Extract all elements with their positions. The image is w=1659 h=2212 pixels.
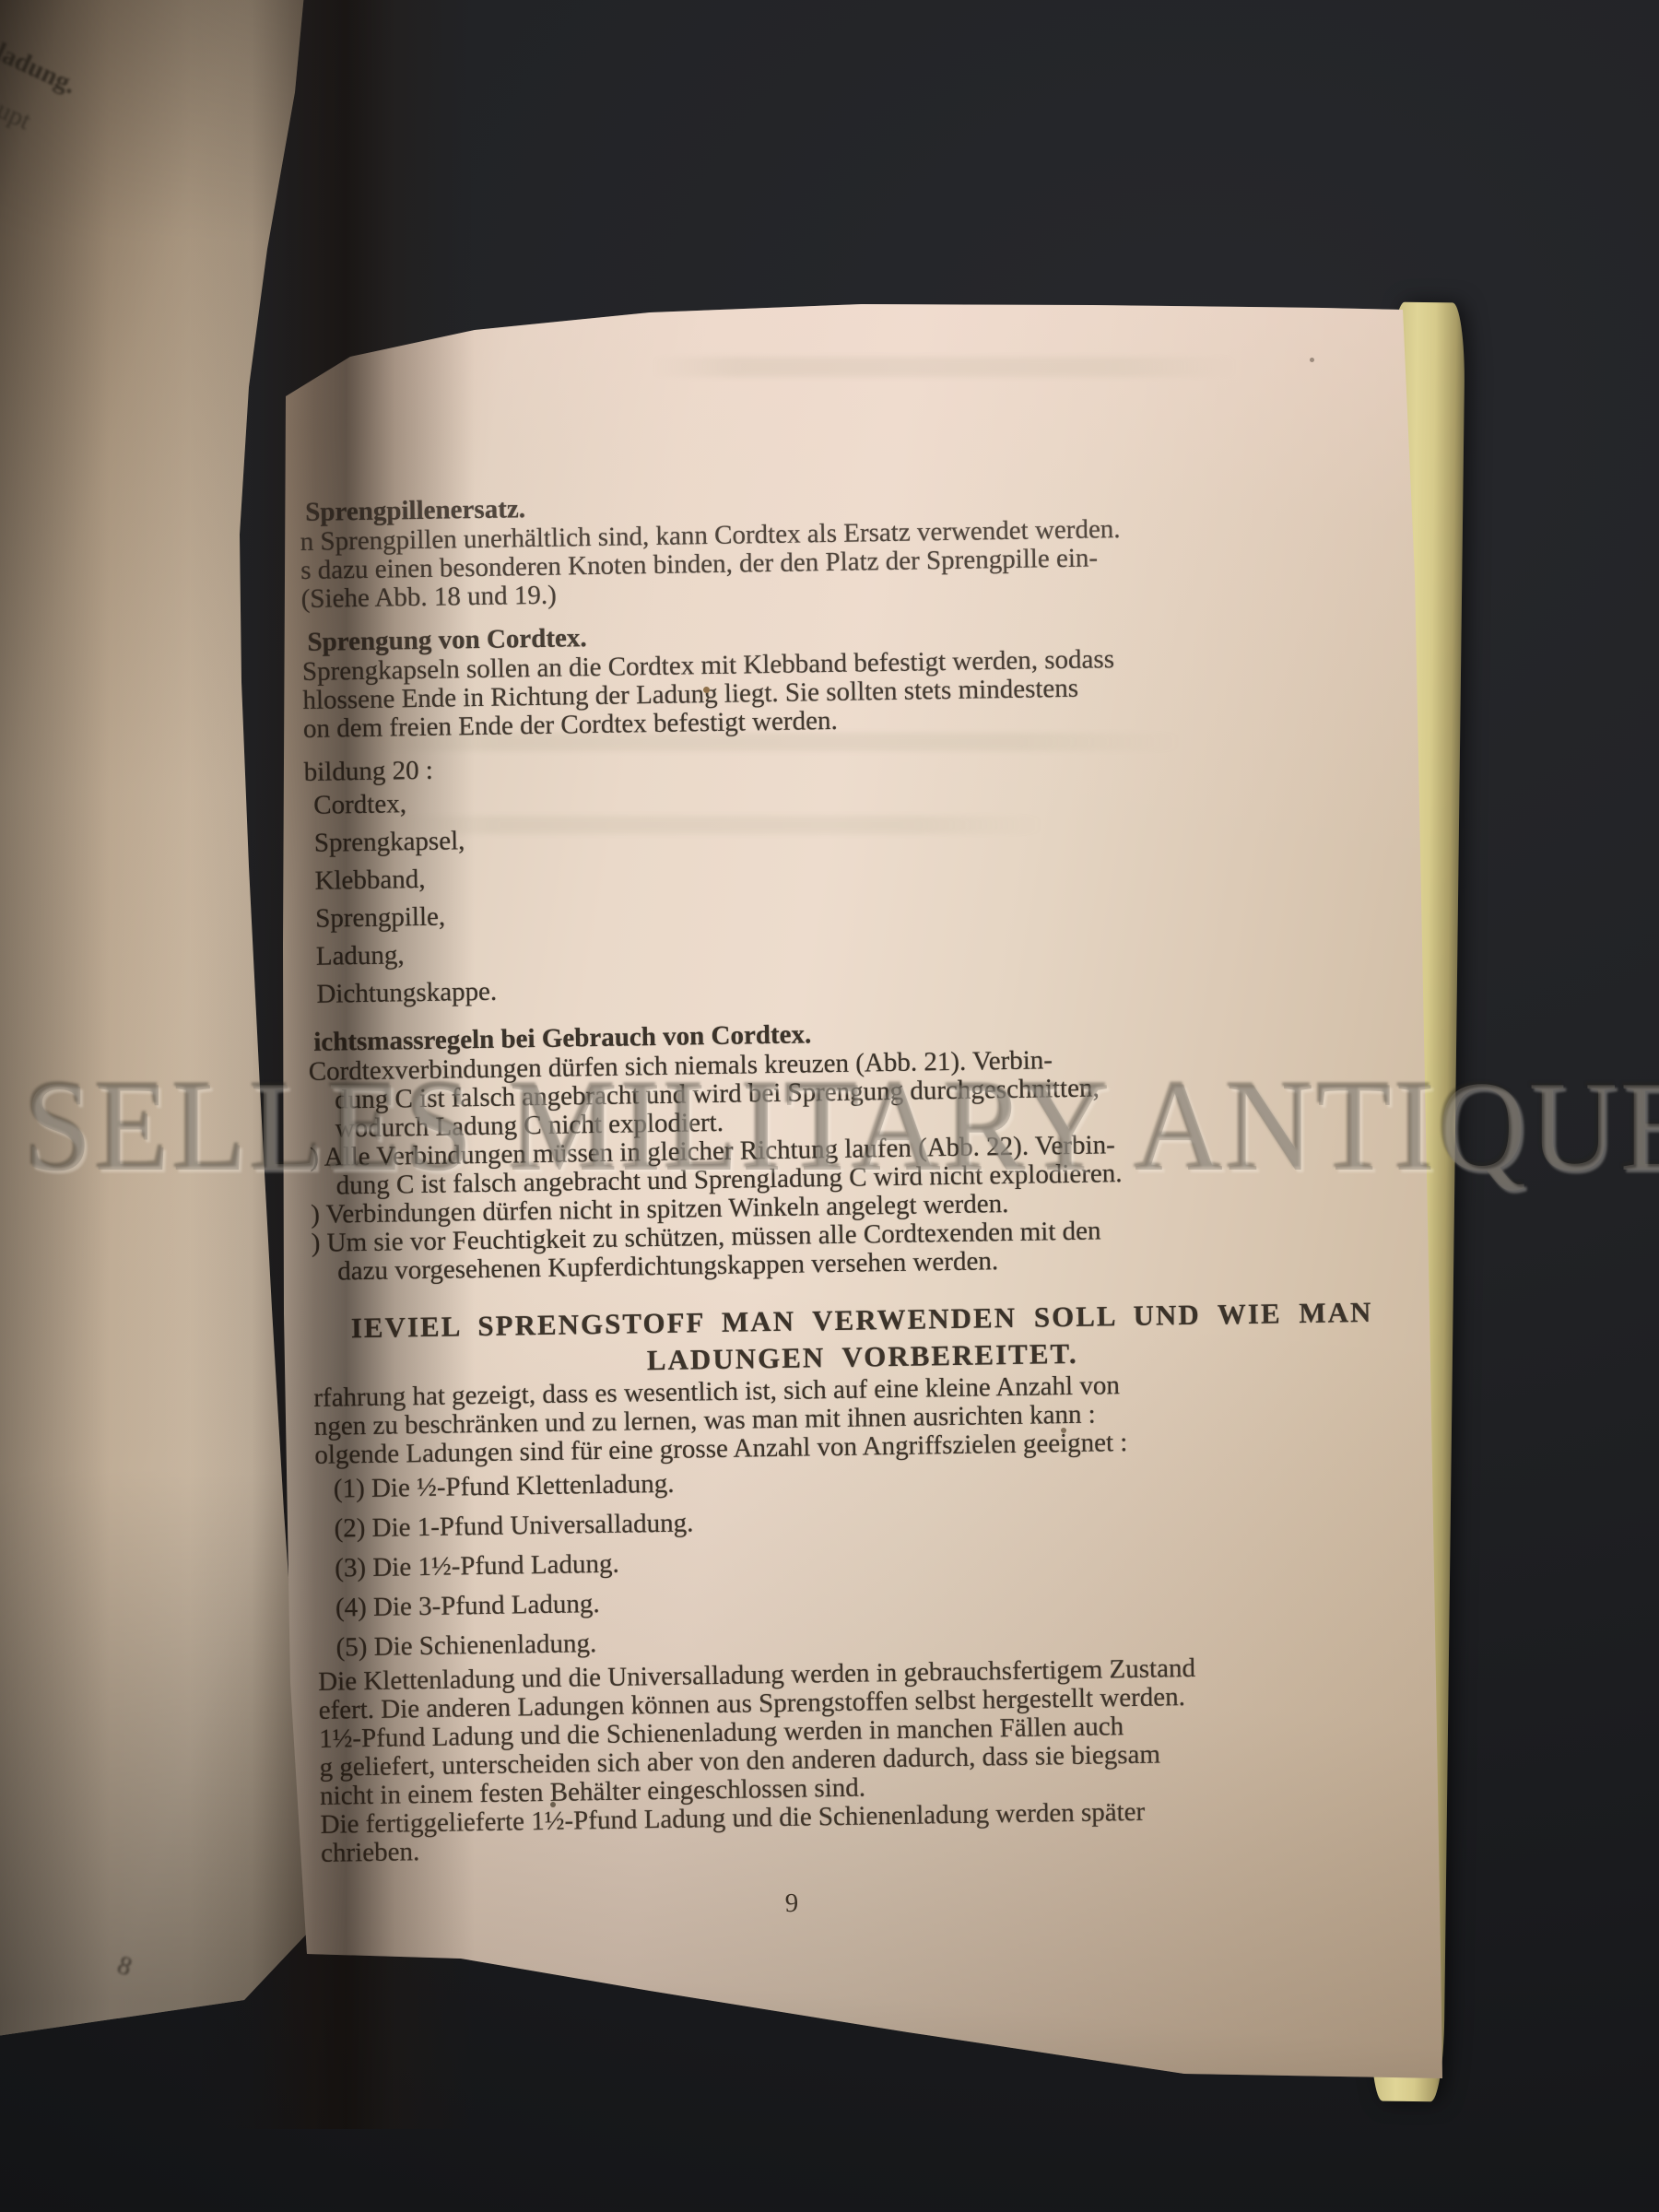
paper-speck [703, 687, 710, 693]
right-page: Sprengpillenersatz.n Sprengpillen unerhä… [263, 300, 1442, 2097]
ink-showthrough [650, 357, 1240, 377]
left-page-number: 8 [113, 1951, 135, 1983]
book-photo: er einfachen Sprengladung.dung besteht a… [0, 0, 1659, 2212]
paper-speck [1061, 1428, 1066, 1433]
paper-speck [550, 1802, 556, 1807]
right-page-text: Sprengpillenersatz.n Sprengpillen unerhä… [300, 479, 1419, 1868]
paper-speck [1310, 358, 1314, 362]
right-page-number: 9 [263, 1880, 1341, 1928]
